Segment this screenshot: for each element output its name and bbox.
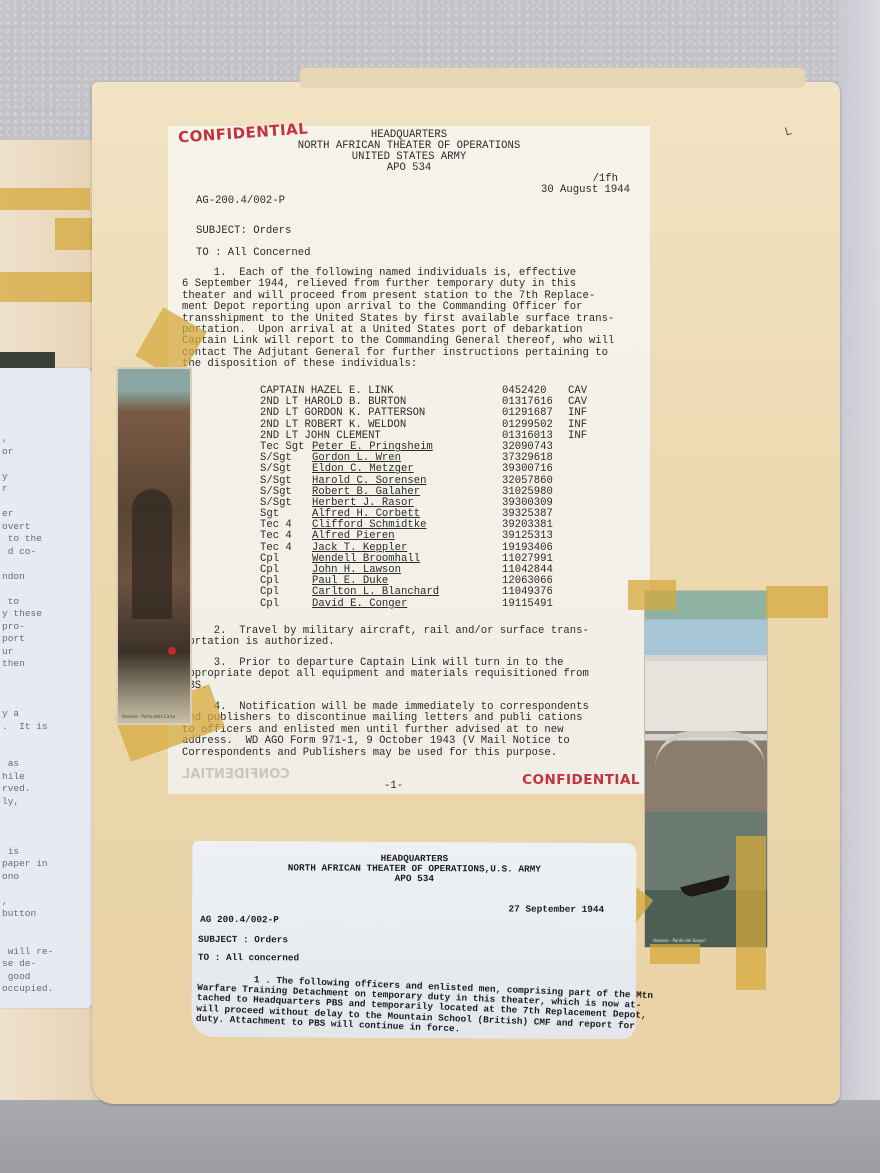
- tape-strip: [628, 580, 676, 610]
- doc2-date: 27 September 1944: [508, 904, 604, 915]
- roster-branch: [564, 531, 608, 542]
- doc1-page-number: -1-: [384, 781, 403, 792]
- doc1-subject: SUBJECT: Orders: [196, 226, 291, 237]
- roster-branch: [564, 587, 608, 598]
- roster-branch: [564, 442, 608, 453]
- roster-serial: 11049376: [502, 587, 564, 598]
- roster-serial: 39125313: [502, 531, 564, 542]
- doc1-date: 30 August 1944: [541, 185, 630, 196]
- roster-branch: [564, 476, 608, 487]
- doc2-reference: AG 200.4/002-P: [200, 915, 279, 926]
- doc1-header: HEADQUARTERS NORTH AFRICAN THEATER OF OP…: [168, 130, 650, 174]
- tissue-paper: [838, 0, 880, 1173]
- roster-serial: 01291687: [502, 408, 564, 419]
- doc1-reference: AG-200.4/002-P: [196, 196, 285, 207]
- roster-serial: 32057860: [502, 476, 564, 487]
- roster-branch: INF: [564, 408, 608, 419]
- roster-branch: [564, 520, 608, 531]
- postcard-arch-illustration: [132, 489, 172, 619]
- doc1-paragraph-3: 3. Prior to departure Captain Link will …: [182, 658, 642, 692]
- postcard-red-parasol: [168, 647, 176, 655]
- roster-branch: [564, 565, 608, 576]
- tape-strip: [766, 586, 828, 618]
- roster-branch: [564, 509, 608, 520]
- orders-document-2: HEADQUARTERS NORTH AFRICAN THEATER OF OP…: [191, 841, 636, 1039]
- tape-strip: [0, 188, 90, 210]
- postcard-caption: Venezia - Ponte dei Sospiri: [653, 938, 706, 943]
- orders-document-1: CONFIDENTIAL HEADQUARTERS NORTH AFRICAN …: [168, 126, 650, 794]
- roster-serial: 39300716: [502, 464, 564, 475]
- postcard-caption: Venezia - Porta della Carta: [122, 714, 175, 719]
- doc1-header-line: APO 534: [168, 163, 650, 174]
- tape-strip: [55, 218, 95, 250]
- confidential-stamp-ghost: CONFIDENTIAL: [182, 769, 290, 780]
- doc2-header: HEADQUARTERS NORTH AFRICAN THEATER OF OP…: [192, 853, 636, 886]
- left-typed-sheet: , or y r er overt to the d co- ndon to y…: [0, 368, 92, 1008]
- roster-rank: S/Sgt: [260, 476, 312, 487]
- left-sheet-text: , or y r er overt to the d co- ndon to y…: [0, 368, 92, 1008]
- roster-branch: [564, 576, 608, 587]
- page-edge: [300, 68, 805, 88]
- postcard-bridge-illustration: [645, 661, 767, 734]
- doc1-to: TO : All Concerned: [196, 248, 310, 259]
- roster-branch: [564, 554, 608, 565]
- roster-serial: 19115491: [502, 599, 564, 610]
- doc1-paragraph-1: 1. Each of the following named individua…: [182, 268, 642, 371]
- roster-branch: [564, 599, 608, 610]
- doc1-paragraph-2: 2. Travel by military aircraft, rail and…: [182, 626, 642, 649]
- roster-rank: Tec 4: [260, 531, 312, 542]
- roster-row: CplDavid E. Conger19115491: [260, 599, 608, 610]
- doc1-date-block: /1fh 30 August 1944: [541, 174, 630, 197]
- roster-rank: S/Sgt: [260, 464, 312, 475]
- postcard-gondola: [680, 875, 731, 899]
- roster-row: 2ND LT GORDON K. PATTERSON01291687INF: [260, 408, 608, 419]
- roster-branch: [564, 464, 608, 475]
- roster-branch: [564, 453, 608, 464]
- doc2-paragraph-1: 1 . The following officers and enlisted …: [196, 973, 653, 1042]
- doc2-subject: SUBJECT : Orders: [198, 935, 288, 946]
- personnel-roster: CAPTAIN HAZEL E. LINK0452420CAV2ND LT HA…: [260, 386, 608, 610]
- roster-rank-name: 2ND LT GORDON K. PATTERSON: [260, 408, 502, 419]
- roster-branch: [564, 498, 608, 509]
- confidential-stamp-bottom: CONFIDENTIAL: [522, 775, 640, 786]
- table-surface: [0, 1100, 880, 1173]
- postcard-porta-della-carta: Venezia - Porta della Carta: [116, 367, 192, 725]
- roster-name: David E. Conger: [312, 599, 502, 610]
- roster-rank: Cpl: [260, 587, 312, 598]
- roster-branch: [564, 543, 608, 554]
- postcard-arch-illustration: [655, 731, 765, 767]
- roster-branch: INF: [564, 431, 608, 442]
- doc2-header-line: APO 534: [192, 873, 636, 886]
- roster-rank: Cpl: [260, 599, 312, 610]
- tape-strip: [736, 836, 766, 990]
- tape-strip: [650, 944, 700, 964]
- roster-branch: [564, 487, 608, 498]
- doc2-to: TO : All concerned: [198, 953, 299, 964]
- doc1-paragraph-4: 4. Notification will be made immediately…: [182, 702, 642, 759]
